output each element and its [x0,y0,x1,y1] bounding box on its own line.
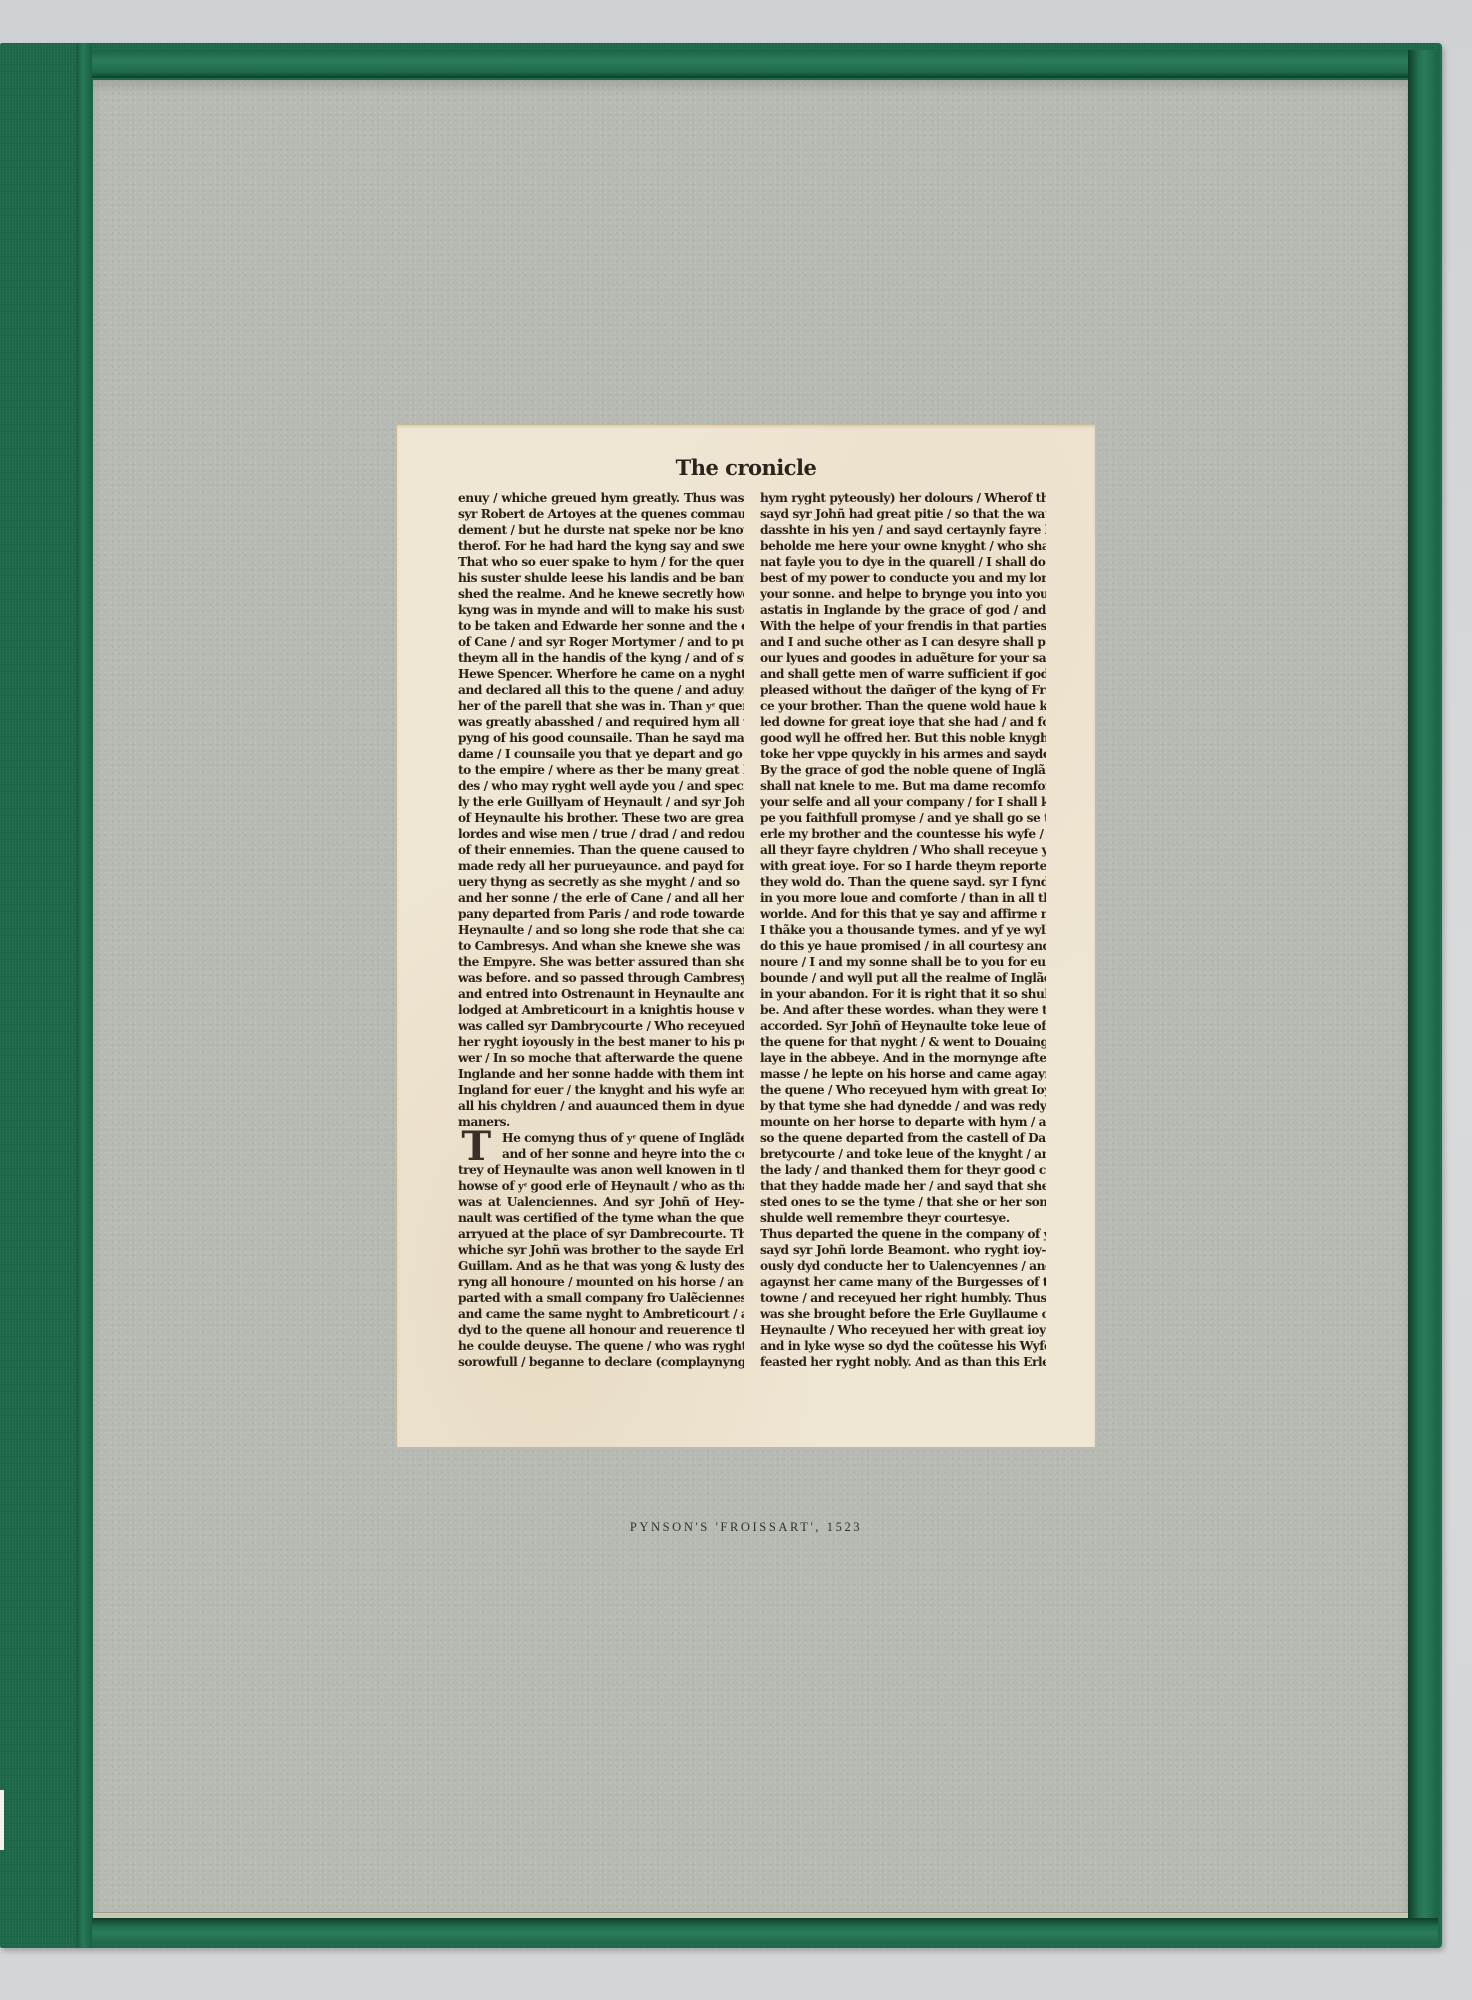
text-line: dement / but he durste nat speke nor be … [458,522,744,538]
text-line: kyng was in mynde and will to make his s… [458,602,744,618]
frame-lip-top [92,50,1437,78]
text-line: the quene for that nyght / & went to Dou… [760,1034,1046,1050]
text-line: arryued at the place of syr Dambrecourte… [458,1226,744,1242]
text-line: and I and suche other as I can desyre sh… [760,634,1046,650]
text-line: agaynst her came many of the Burgesses o… [760,1274,1046,1290]
left-text-column: enuy / whiche greued hym greatly. Thus w… [458,490,744,1370]
text-line: hym ryght pyteously) her dolours / Whero… [760,490,1046,506]
text-line: Inglande and her sonne hadde with them i… [458,1066,744,1082]
text-line: With the helpe of your frendis in that p… [760,618,1046,634]
text-line: trey of Heynaulte was anon well knowen i… [458,1162,744,1178]
text-line: in your abandon. For it is right that it… [760,986,1046,1002]
text-line: ryng all honoure / mounted on his horse … [458,1274,744,1290]
text-line: masse / he lepte on his horse and came a… [760,1066,1046,1082]
text-line: her ryght ioyously in the best maner to … [458,1034,744,1050]
text-line: sorowfull / beganne to declare (complayn… [458,1354,744,1370]
text-line: pleased without the dañger of the kyng o… [760,682,1046,698]
text-line: be. And after these wordes. whan they we… [760,1002,1046,1018]
text-line: so the quene departed from the castell o… [760,1130,1046,1146]
text-line: pyng of his good counsaile. Than he sayd… [458,730,744,746]
text-line: accorded. Syr Johñ of Heynaulte toke leu… [760,1018,1046,1034]
plate-caption: PYNSON'S 'FROISSART', 1523 [396,1520,1096,1535]
text-line: beholde me here your owne knyght / who s… [760,538,1046,554]
portfolio-spine-hinge [76,43,92,1948]
text-line: therof. For he had hard the kyng say and… [458,538,744,554]
text-line: feasted her ryght nobly. And as than thi… [760,1354,1046,1370]
text-line: with great ioye. For so I harde theym re… [760,858,1046,874]
text-line: maners. [458,1114,744,1130]
text-line: whiche syr Johñ was brother to the sayde… [458,1242,744,1258]
text-line: I thãke you a thousande tymes. and yf ye… [760,922,1046,938]
text-line: Guillam. And as he that was yong & lusty… [458,1258,744,1274]
text-line: nault was certified of the tyme whan the… [458,1210,744,1226]
text-line: your selfe and all your company / for I … [760,794,1046,810]
text-line: Hewe Spencer. Wherfore he came on a nygh… [458,666,744,682]
text-line: Heynaulte / and so long she rode that sh… [458,922,744,938]
frame-lip-right [1408,50,1438,1940]
text-line: parted with a small company fro Ualẽcien… [458,1290,744,1306]
text-line: our lyues and goodes in aduẽture for you… [760,650,1046,666]
text-line: and declared all this to the quene / and… [458,682,744,698]
text-line: and entred into Ostrenaunt in Heynaulte … [458,986,744,1002]
text-line: laye in the abbeye. And in the mornynge … [760,1050,1046,1066]
text-line: toke her vppe quyckly in his armes and s… [760,746,1046,762]
text-line: was called syr Dambrycourte / Who receyu… [458,1018,744,1034]
text-line: pany departed from Paris / and rode towa… [458,906,744,922]
text-line: dame / I counsaile you that ye depart an… [458,746,744,762]
frame-lip-bottom [92,1918,1438,1944]
text-line: was before. and so passed through Cambre… [458,970,744,986]
text-line: shulde well remembre theyr courtesye. [760,1210,1046,1226]
text-line: bretycourte / and toke leue of the knygh… [760,1146,1046,1162]
text-line: to the empire / where as ther be many gr… [458,762,744,778]
text-line: was at Ualenciennes. And syr Johñ of Hey… [458,1194,744,1210]
text-line: to Cambresys. And whan she knewe she was… [458,938,744,954]
text-line: was greatly abasshed / and required hym … [458,714,744,730]
text-line: He comyng thus of yͤ quene of Inglãde [458,1130,744,1146]
text-line: the quene / Who receyued hym with great … [760,1082,1046,1098]
text-line: in you more loue and comforte / than in … [760,890,1046,906]
text-line: that they hadde made her / and sayd that… [760,1178,1046,1194]
text-line: enuy / whiche greued hym greatly. Thus w… [458,490,744,506]
text-line: Ingland for euer / the knyght and his wy… [458,1082,744,1098]
text-line: Heynaulte / Who receyued her with great … [760,1322,1046,1338]
text-line: theym all in the handis of the kyng / an… [458,650,744,666]
text-line: and in lyke wyse so dyd the coũtesse his… [760,1338,1046,1354]
text-line: best of my power to conducte you and my … [760,570,1046,586]
text-line: towne / and receyued her right humbly. T… [760,1290,1046,1306]
text-line: By the grace of god the noble quene of I… [760,762,1046,778]
text-line: your sonne. and helpe to brynge you into… [760,586,1046,602]
text-line: led downe for great ioye that she had / … [760,714,1046,730]
running-title: The cronicle [396,455,1096,480]
right-text-column: hym ryght pyteously) her dolours / Whero… [760,490,1046,1370]
text-line: ce your brother. Than the quene wold hau… [760,698,1046,714]
text-line: her of the parell that she was in. Than … [458,698,744,714]
text-line: dyd to the quene all honour and reuerenc… [458,1322,744,1338]
text-line: do this ye haue promised / in all courte… [760,938,1046,954]
text-line: and came the same nyght to Ambreticourt … [458,1306,744,1322]
text-line: all his chyldren / and auaunced them in … [458,1098,744,1114]
text-line: sayd syr Johñ lorde Beamont. who ryght i… [760,1242,1046,1258]
printed-leaf: The cronicle enuy / whiche greued hym gr… [396,424,1096,1448]
text-line: to be taken and Edwarde her sonne and th… [458,618,744,634]
text-line: the Empyre. She was better assured than … [458,954,744,970]
text-line: That who so euer spake to hym / for the … [458,554,744,570]
text-line: syr Robert de Artoyes at the quenes comm… [458,506,744,522]
text-line: they wold do. Than the quene sayd. syr I… [760,874,1046,890]
text-line: astatis in Inglande by the grace of god … [760,602,1046,618]
text-line: of their ennemies. Than the quene caused… [458,842,744,858]
text-line: nat fayle you to dye in the quarell / I … [760,554,1046,570]
text-line: made redy all her purueyaunce. and payd … [458,858,744,874]
text-line: good wyll he offred her. But this noble … [760,730,1046,746]
text-line: ously dyd conducte her to Ualencyennes /… [760,1258,1046,1274]
text-line: Thus departed the quene in the company o… [760,1226,1046,1242]
text-line: all theyr fayre chyldren / Who shall rec… [760,842,1046,858]
text-line: the lady / and thanked them for theyr go… [760,1162,1046,1178]
text-line: bounde / and wyll put all the realme of … [760,970,1046,986]
text-line: lordes and wise men / true / drad / and … [458,826,744,842]
text-line: noure / I and my sonne shall be to you f… [760,954,1046,970]
text-line: sayd syr Johñ had great pitie / so that … [760,506,1046,522]
text-line: lodged at Ambreticourt in a knightis hou… [458,1002,744,1018]
text-line: sted ones to se the tyme / that she or h… [760,1194,1046,1210]
spine-label [0,1790,4,1850]
text-line: of Cane / and syr Roger Mortymer / and t… [458,634,744,650]
text-line: erle my brother and the countesse his wy… [760,826,1046,842]
text-line: of Heynaulte his brother. These two are … [458,810,744,826]
text-line: des / who may ryght well ayde you / and … [458,778,744,794]
text-line: and of her sonne and heyre into the coũ- [458,1146,744,1162]
text-line: shall nat knele to me. But ma dame recom… [760,778,1046,794]
text-line: worlde. And for this that ye say and aff… [760,906,1046,922]
text-line: howse of yͤ good erle of Heynault / who … [458,1178,744,1194]
text-line: wer / In so moche that afterwarde the qu… [458,1050,744,1066]
text-line: his suster shulde leese his landis and b… [458,570,744,586]
text-line: shed the realme. And he knewe secretly h… [458,586,744,602]
text-line: dasshte in his yen / and sayd certaynly … [760,522,1046,538]
text-line: and her sonne / the erle of Cane / and a… [458,890,744,906]
text-line: was she brought before the Erle Guyllaum… [760,1306,1046,1322]
text-line: he coulde deuyse. The quene / who was ry… [458,1338,744,1354]
text-line: by that tyme she had dynedde / and was r… [760,1098,1046,1114]
text-line: uery thyng as secretly as she myght / an… [458,874,744,890]
drop-cap-initial: T [455,1130,497,1164]
text-line: ly the erle Guillyam of Heynault / and s… [458,794,744,810]
text-line: and shall gette men of warre sufficient … [760,666,1046,682]
text-line: mounte on her horse to departe with hym … [760,1114,1046,1130]
text-line: pe you faithfull promyse / and ye shall … [760,810,1046,826]
